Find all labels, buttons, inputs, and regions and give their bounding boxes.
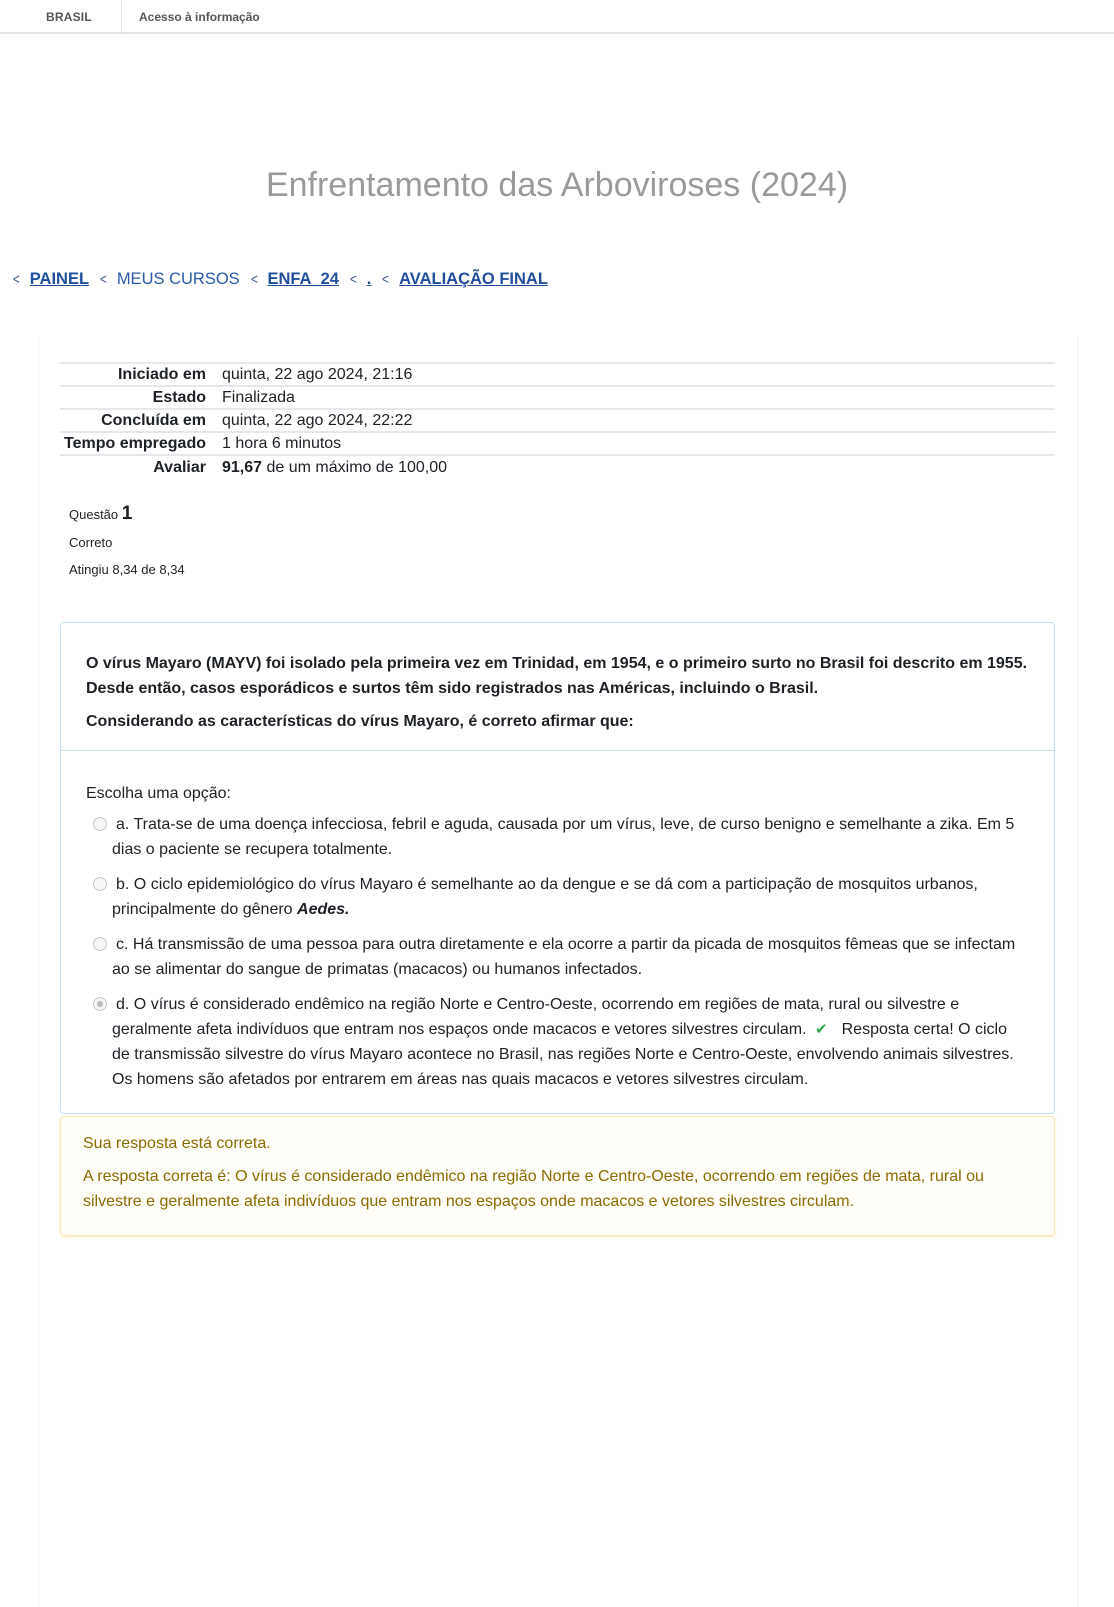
breadcrumb: < PAINEL < MEUS CURSOS < ENFA_24 < . < A… bbox=[12, 270, 558, 289]
chevron-left-icon: < bbox=[251, 271, 258, 288]
summary-value: quinta, 22 ago 2024, 21:16 bbox=[222, 363, 1055, 386]
course-title: Enfrentamento das Arboviroses (2024) bbox=[0, 166, 1114, 205]
option-emphasis: Aedes. bbox=[297, 901, 349, 918]
question-state: Correto bbox=[69, 535, 185, 550]
breadcrumb-final-assessment[interactable]: AVALIAÇÃO FINAL bbox=[399, 270, 548, 289]
grade-suffix: de um máximo de 100,00 bbox=[262, 459, 447, 476]
radio-button[interactable] bbox=[93, 937, 107, 951]
option-text: O vírus é considerado endêmico na região… bbox=[112, 996, 959, 1038]
option-a[interactable]: a. Trata-se de uma doença infecciosa, fe… bbox=[86, 812, 1026, 862]
question-paragraph: O vírus Mayaro (MAYV) foi isolado pela p… bbox=[86, 651, 1029, 701]
answer-prompt: Escolha uma opção: bbox=[86, 781, 1026, 806]
question-info: Questão 1 Correto Atingiu 8,34 de 8,34 bbox=[69, 503, 185, 577]
question-card: O vírus Mayaro (MAYV) foi isolado pela p… bbox=[60, 622, 1055, 1114]
gov-bar-divider bbox=[121, 0, 122, 34]
option-c[interactable]: c. Há transmissão de uma pessoa para out… bbox=[86, 932, 1026, 982]
summary-row-state: Estado Finalizada bbox=[60, 386, 1055, 409]
breadcrumb-course[interactable]: ENFA_24 bbox=[267, 270, 339, 289]
gov-brand-link[interactable]: BRASIL bbox=[46, 10, 92, 24]
summary-value: 91,67 de um máximo de 100,00 bbox=[222, 455, 1055, 478]
chevron-left-icon: < bbox=[13, 271, 20, 288]
summary-row-time-taken: Tempo empregado 1 hora 6 minutos bbox=[60, 432, 1055, 455]
option-d[interactable]: d. O vírus é considerado endêmico na reg… bbox=[86, 992, 1026, 1092]
summary-row-completed: Concluída em quinta, 22 ago 2024, 22:22 bbox=[60, 409, 1055, 432]
radio-button[interactable] bbox=[93, 817, 107, 831]
breadcrumb-meus-cursos: MEUS CURSOS bbox=[117, 270, 240, 289]
answer-options: Escolha uma opção: a. Trata-se de uma do… bbox=[86, 781, 1026, 1102]
question-number-value: 1 bbox=[122, 503, 133, 524]
option-letter: c. bbox=[116, 936, 128, 953]
check-icon: ✔ bbox=[815, 1021, 828, 1038]
summary-label: Avaliar bbox=[60, 455, 222, 478]
summary-value: Finalizada bbox=[222, 386, 1055, 409]
question-number: Questão 1 bbox=[69, 503, 185, 525]
question-prefix: Questão bbox=[69, 507, 118, 522]
chevron-left-icon: < bbox=[350, 271, 357, 288]
outcome-status: Sua resposta está correta. bbox=[83, 1131, 1032, 1156]
option-text: O ciclo epidemiológico do vírus Mayaro é… bbox=[112, 876, 978, 918]
option-text: Trata-se de uma doença infecciosa, febri… bbox=[112, 816, 1014, 858]
question-divider bbox=[61, 750, 1054, 751]
summary-label: Concluída em bbox=[60, 409, 222, 432]
outcome-right-answer: A resposta correta é: O vírus é consider… bbox=[83, 1164, 1032, 1214]
summary-label: Iniciado em bbox=[60, 363, 222, 386]
summary-value: 1 hora 6 minutos bbox=[222, 432, 1055, 455]
grade-score: 91,67 bbox=[222, 459, 262, 476]
summary-row-started: Iniciado em quinta, 22 ago 2024, 21:16 bbox=[60, 363, 1055, 386]
option-letter: b. bbox=[116, 876, 129, 893]
access-info-link[interactable]: Acesso à informação bbox=[139, 10, 260, 24]
breadcrumb-painel[interactable]: PAINEL bbox=[30, 270, 89, 289]
question-text: O vírus Mayaro (MAYV) foi isolado pela p… bbox=[61, 623, 1054, 734]
summary-label: Tempo empregado bbox=[60, 432, 222, 455]
question-mark: Atingiu 8,34 de 8,34 bbox=[69, 562, 185, 577]
summary-value: quinta, 22 ago 2024, 22:22 bbox=[222, 409, 1055, 432]
question-paragraph: Considerando as características do vírus… bbox=[86, 709, 1029, 734]
summary-label: Estado bbox=[60, 386, 222, 409]
attempt-summary-table: Iniciado em quinta, 22 ago 2024, 21:16 E… bbox=[60, 362, 1055, 478]
summary-row-grade: Avaliar 91,67 de um máximo de 100,00 bbox=[60, 455, 1055, 478]
gov-bar: BRASIL Acesso à informação bbox=[0, 0, 1114, 34]
outcome-feedback: Sua resposta está correta. A resposta co… bbox=[60, 1116, 1055, 1236]
chevron-left-icon: < bbox=[100, 271, 107, 288]
option-letter: d. bbox=[116, 996, 129, 1013]
breadcrumb-section[interactable]: . bbox=[367, 270, 372, 289]
radio-button-selected[interactable] bbox=[93, 997, 107, 1011]
option-b[interactable]: b. O ciclo epidemiológico do vírus Mayar… bbox=[86, 872, 1026, 922]
option-letter: a. bbox=[116, 816, 129, 833]
radio-button[interactable] bbox=[93, 877, 107, 891]
chevron-left-icon: < bbox=[382, 271, 389, 288]
option-text: Há transmissão de uma pessoa para outra … bbox=[112, 936, 1015, 978]
